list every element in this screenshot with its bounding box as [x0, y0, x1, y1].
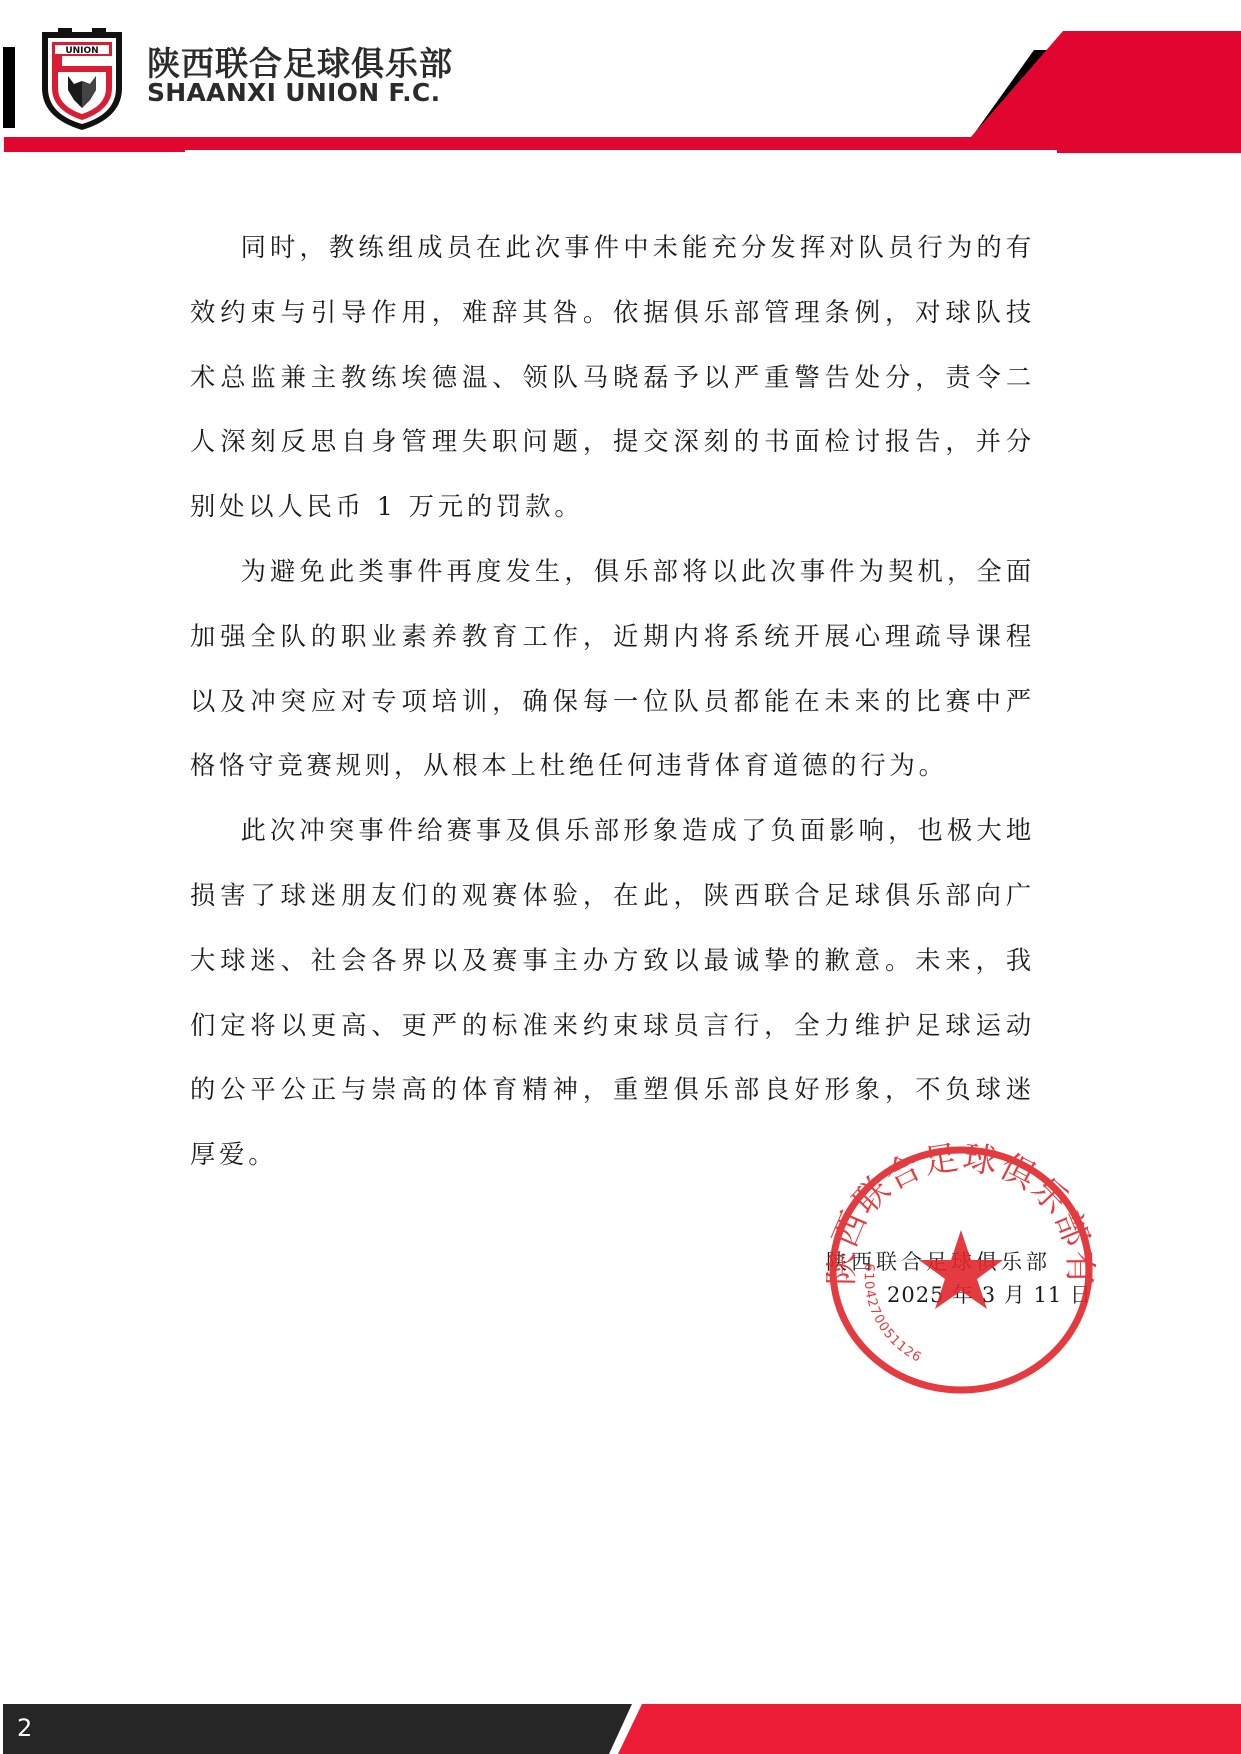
official-seal-stamp: 陕西联合足球俱乐部有限公司 6104270051126 — [826, 1143, 1096, 1397]
header-band-graphic — [0, 0, 1241, 160]
paragraph-apology: 此次冲突事件给赛事及俱乐部形象造成了负面影响，也极大地损害了球迷朋友们的观赛体验… — [190, 799, 1035, 1188]
letterhead-header: UNION 陕西联合足球俱乐部 SHAANXI UNION F.C. — [0, 0, 1241, 160]
paragraph-prevention-measures: 为避免此类事件再度发生，俱乐部将以此次事件为契机，全面加强全队的职业素养教育工作… — [190, 540, 1035, 799]
star-icon — [919, 1230, 1003, 1309]
paragraph-coaching-staff-penalty: 同时，教练组成员在此次事件中未能充分发挥对队员行为的有效约束与引导作用，难辞其咎… — [190, 216, 1035, 540]
letter-body: 同时，教练组成员在此次事件中未能充分发挥对队员行为的有效约束与引导作用，难辞其咎… — [190, 216, 1035, 1188]
page-number: 2 — [17, 1714, 32, 1742]
footer-band-graphic — [0, 1700, 1241, 1754]
